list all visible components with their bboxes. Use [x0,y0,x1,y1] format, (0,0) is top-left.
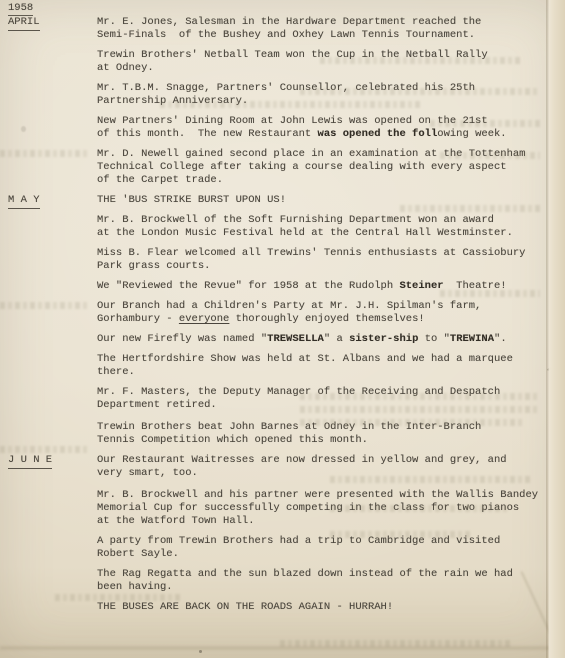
text: to " [418,333,450,345]
showthrough-smudge [300,393,540,400]
month-cell: APRIL [0,16,97,31]
month-cell: J U N E [0,454,97,469]
showthrough-smudge [0,302,88,309]
month-label-june: J U N E [8,454,52,469]
text: Mr. B. Brockwell of the Soft Furnishing … [97,214,513,239]
paper-crease [0,645,565,651]
showthrough-smudge [330,505,510,512]
paragraph: Mr. E. Jones, Salesman in the Hardware D… [97,16,546,42]
showthrough-smudge [0,150,90,157]
text: We "Reviewed the Revue" for 1958 at the … [97,280,399,292]
ink-speck [21,126,26,132]
paragraph: Mr. B. Brockwell of the Soft Furnishing … [97,214,546,240]
showthrough-smudge [160,101,420,108]
text: owing week. [437,128,506,140]
ink-speck [199,650,202,653]
paragraph: Miss B. Flear welcomed all Trewins' Tenn… [97,247,546,273]
text: THE 'BUS STRIKE BURST UPON US! [97,194,286,206]
month-cell: M A Y [0,194,97,209]
text: The Rag Regatta and the sun blazed down … [97,568,513,593]
year-label: 1958 [8,2,33,16]
month-label-april: APRIL [8,16,40,31]
showthrough-smudge [0,446,90,453]
year-text: 1958 [8,2,33,16]
text: A party from Trewin Brothers had a trip … [97,535,500,560]
bold-text: was opened the foll [318,128,438,140]
paragraphs: THE 'BUS STRIKE BURST UPON US!Mr. B. Bro… [97,194,546,454]
showthrough-smudge [300,406,538,413]
bold-text: TREWSELLA [267,333,324,345]
paragraph: The Hertfordshire Show was held at St. A… [97,353,546,379]
bold-text: Steiner [399,280,443,292]
paragraph: Our Branch had a Children's Party at Mr.… [97,300,546,326]
text: Miss B. Flear welcomed all Trewins' Tenn… [97,247,525,272]
text: Mr. E. Jones, Salesman in the Hardware D… [97,16,481,41]
showthrough-smudge [440,152,540,159]
text: Our new Firefly was named " [97,333,267,345]
text: thoroughly enjoyed themselves! [229,313,424,325]
section-may: M A YTHE 'BUS STRIKE BURST UPON US!Mr. B… [0,194,546,454]
underlined-text: everyone [179,313,229,325]
showthrough-smudge [55,594,180,601]
paragraph: Our new Firefly was named "TREWSELLA" a … [97,333,546,346]
paragraph: A party from Trewin Brothers had a trip … [97,535,546,561]
text: THE BUSES ARE BACK ON THE ROADS AGAIN - … [97,601,393,613]
showthrough-smudge [320,57,520,64]
showthrough-smudge [440,290,540,297]
showthrough-smudge [330,476,530,483]
showthrough-smudge [330,531,470,538]
showthrough-smudge [400,205,540,212]
document-page: 1958 APRILMr. E. Jones, Salesman in the … [0,0,565,658]
month-label-may: M A Y [8,194,40,209]
showthrough-smudge [300,419,525,426]
text: The Hertfordshire Show was held at St. A… [97,353,513,378]
bold-text: sister-ship [349,333,418,345]
text: ". [494,333,507,345]
showthrough-smudge [430,120,540,127]
showthrough-smudge [300,88,540,95]
paragraph: The Rag Regatta and the sun blazed down … [97,568,546,594]
page-edge [546,0,565,658]
text: " a [324,333,349,345]
paragraph: THE BUSES ARE BACK ON THE ROADS AGAIN - … [97,601,546,614]
bold-text: TREWINA [450,333,494,345]
paragraph: New Partners' Dining Room at John Lewis … [97,115,546,141]
